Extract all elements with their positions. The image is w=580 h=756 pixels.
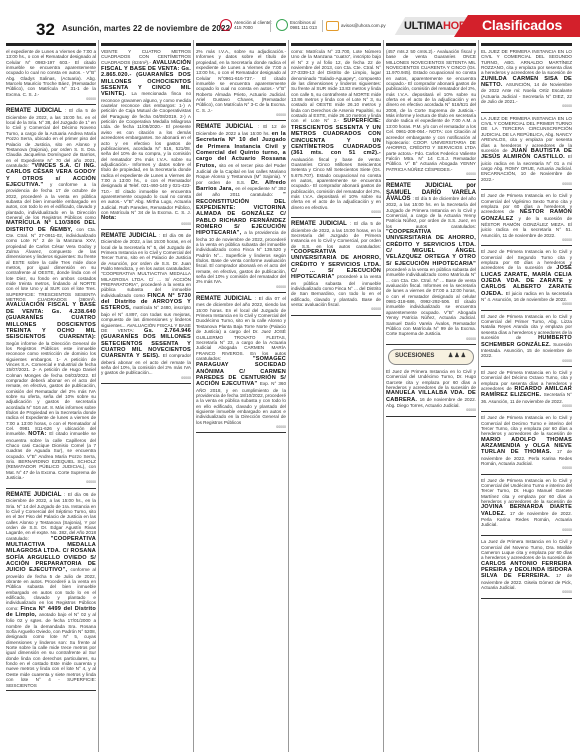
notice-bold-text: NOTA: [28,431,49,437]
legal-notice: REMATE JUDICIAL : El día 06 de Diciembre… [6,492,96,691]
column-1: el expediente de Lunes a Viernes de 7:00… [4,40,99,752]
whatsapp-icon [276,19,288,31]
notice-text: a la providencia de fecha 10 de noviembr… [196,230,286,284]
legal-notice: El Juez de Primera Instancia en lo Civil… [481,314,572,367]
notice-heading: REMATE JUDICIAL [291,221,350,227]
legal-notice: REMATE JUDICIAL por SAMUEL DARÍO VARELA … [386,183,476,345]
notice-code: 00000 [386,408,476,413]
notice-code: 00000 [481,238,572,243]
notice-text: : El día 5 de Diciembre de 2022, a las 1… [6,108,96,167]
notice-text: : El día 06 de Diciembre de 2022, a las … [101,233,191,298]
notice-code: 00000 [481,104,572,109]
notice-code: 00000 [101,376,191,381]
section-title: Clasificados [482,17,562,33]
notice-code: 00000 [196,425,286,430]
notice-heading: REMATE JUDICIAL [101,233,159,239]
notice-code: 00000 [481,359,572,364]
notice-heading: REMATE JUDICIAL [196,124,258,130]
column-6: EL JUEZ DE PRIMERA INSTANCIA EN LO CIVIL… [479,40,574,752]
notice-bold-text: AVALUACIÓN FISCAL Y BASE DE VENTA: Gs. 4… [6,302,96,340]
notice-code: 00000 [6,480,96,485]
notice-code: 00000 [196,113,286,118]
notice-text: : El día 07 el mes de diciembre del año … [196,296,286,361]
notice-code: 00000 [291,210,381,215]
notice-text: el expediente de Lunes a Viernes de 7:00… [6,49,96,97]
legal-notice: El Juez de Primera Instancia en lo Civil… [481,193,572,246]
contact-label: Escribinos al [290,20,316,25]
sucesiones-section-label: SUCESIONES♟♟♟ [388,349,474,365]
notice-text: conforme al proveído de fecha 5 de Julio… [6,567,96,610]
notice-heading: REMATE JUDICIAL [196,296,255,302]
notice-code: 00000 [481,302,572,307]
legal-notice: REMATE JUDICIAL : El día 5 de Diciembre … [6,108,96,488]
classifieds-columns: el expediente de Lunes a Viernes de 7:00… [4,40,580,752]
legal-notice: REMATE JUDICIAL : El día 07 el mes de di… [196,296,286,433]
legal-notice: LA JUEZ DE PRIMERA INSTANCIA EN LO CIVIL… [481,116,572,190]
notice-text: 2% más I.V.A., sobre su adjudicación.- I… [196,49,286,113]
mail-icon [326,21,339,31]
notice-code: 00000 [6,97,96,102]
notice-code: 00000 [291,307,381,312]
legal-notice: REMATE JUDICIAL : El 12 de Diciembre de … [196,124,286,293]
legal-notice: el expediente de Lunes a Viernes de 7:00… [6,49,96,105]
notice-bold-text: SUPERFICIE: TRESCIENTOS SESENTA Y UN MET… [291,118,381,156]
contact-phone: Atención al cliente:415 7000 [220,19,272,31]
notice-text: Exp. N° 360 AÑO 2018, y en cumplimiento … [196,381,286,424]
notice-code: 00000 [386,172,476,177]
notice-text: El Juez de Primera Instancia en lo Civil… [386,369,476,390]
column-top-rule [6,43,96,46]
column-top-rule [291,43,381,46]
page-header: 32 Asunción, martes 22 de noviembre de 2… [0,0,580,40]
column-4: como: Matrícula N° 23.700, Lote Número U… [289,40,384,752]
contact-email[interactable]: avisos@uhora.com.py [326,21,386,31]
legal-notice: La Juez de Primera Instancia en lo Civil… [481,539,572,598]
notice-code: 00000 [481,182,572,187]
legal-notice: como: Matrícula N° 23.700, Lote Número U… [291,49,381,218]
legal-notice: REMATE JUDICIAL : El día 06 de Diciembre… [101,233,191,384]
notice-text: El citado inmueble se encuentra sobre la… [6,431,96,480]
legal-notice: 2% más I.V.A., sobre su adjudicación.- I… [196,49,286,121]
notice-code: 00000 [481,404,572,409]
family-tree-icon: ♟♟♟ [448,354,467,359]
notice-text: como: Matrícula N° 23.700, Lote Número U… [291,49,381,123]
notice-code: 00000 [386,337,476,342]
phone-icon [220,19,232,31]
notice-text: Avaluación fiscal y base de venta: Guara… [291,157,381,210]
page-number: 32 [36,20,55,40]
notice-text: (457 mts.2 50 cmts.2).- Avaluación fisca… [386,49,476,172]
legal-notice: El Juez de Primera Instancia en lo Civil… [386,369,476,417]
column-3: 2% más I.V.A., sobre su adjudicación.- I… [194,40,289,752]
section-banner: Clasificados [454,15,580,37]
contact-label: Atención al cliente: [234,20,272,25]
notice-text: y conforme a la providencia de fecha 17 … [6,182,96,220]
legal-notice: (457 mts.2 50 cmts.2).- Avaluación fisca… [386,49,476,180]
notice-code: 00000 [101,222,191,227]
contact-email-text: avisos@uhora.com.py [341,23,386,29]
notice-text: La mencionada finca no reconoce gravamen… [101,91,191,215]
legal-notice: El Juez de Primera Instancia en lo Civil… [481,370,572,412]
legal-notice: EL JUEZ DE PRIMERA INSTANCIA EN LO CIVIL… [481,49,572,113]
column-2: VEINTE Y CUATRO METROS CUADRADOS CON CEN… [99,40,194,752]
notice-text: Según informe de la Dirección General de… [6,341,96,437]
notice-text: anotado bajo el N° 02 y al folio 02 y sg… [6,612,96,687]
column-top-rule [101,43,191,46]
notice-text: procederé a la venta en pública subasta … [386,267,476,336]
publication-date: Asunción, martes 22 de noviembre de 2022 [62,24,230,33]
legal-notice: El Juez de Primera Instancia en lo Civil… [481,415,572,474]
legal-notice: El Juez de Primera Instancia en lo Civil… [481,478,572,536]
column-top-rule [386,43,476,46]
notice-text: : El día 06 de Diciembre de 2022, a las … [6,492,96,541]
notice-text: EL JUEZ DE PRIMERA INSTANCIA EN LO CIVIL… [481,49,572,75]
contact-value: 0981 111 013 [290,25,317,30]
contact-whatsapp: Escribinos al0981 111 013 [276,19,317,31]
notice-text: con Cta. Cte. Ctral. N° 27-0911-02, indi… [6,227,96,302]
notice-bold-text: "COOPERATIVA UNIVERSITARIA DE AHORRO, CR… [386,229,476,267]
column-top-rule [481,43,572,46]
notice-text: La Juez de Primera Instancia en lo Civil… [481,539,572,560]
notice-text: El Juez de Primera Instancia en lo Civil… [481,478,572,504]
notice-bold-text: Nota: [101,215,116,221]
notice-code: 00000 [481,466,572,471]
notice-code: 00000 [481,590,572,595]
notice-heading: REMATE JUDICIAL [6,108,65,114]
legal-notice: El Juez de Primera Instancia en lo Civil… [481,249,572,310]
column-5: (457 mts.2 50 cmts.2).- Avaluación fisca… [384,40,479,752]
notice-code: 00000 [481,528,572,533]
section-label-text: SUCESIONES [395,354,434,359]
notice-text: El Juez de Primera Instancia en lo Civil… [481,415,572,436]
contact-value: 415 7000 [234,25,253,30]
column-top-rule [196,43,286,46]
notice-heading: REMATE JUDICIAL [6,492,64,498]
notice-code: 00000 [196,285,286,290]
legal-notice: VEINTE Y CUATRO METROS CUADRADOS CON CEN… [101,49,191,230]
legal-notice: REMATE JUDICIAL : El día 5 de diciembre … [291,221,381,316]
